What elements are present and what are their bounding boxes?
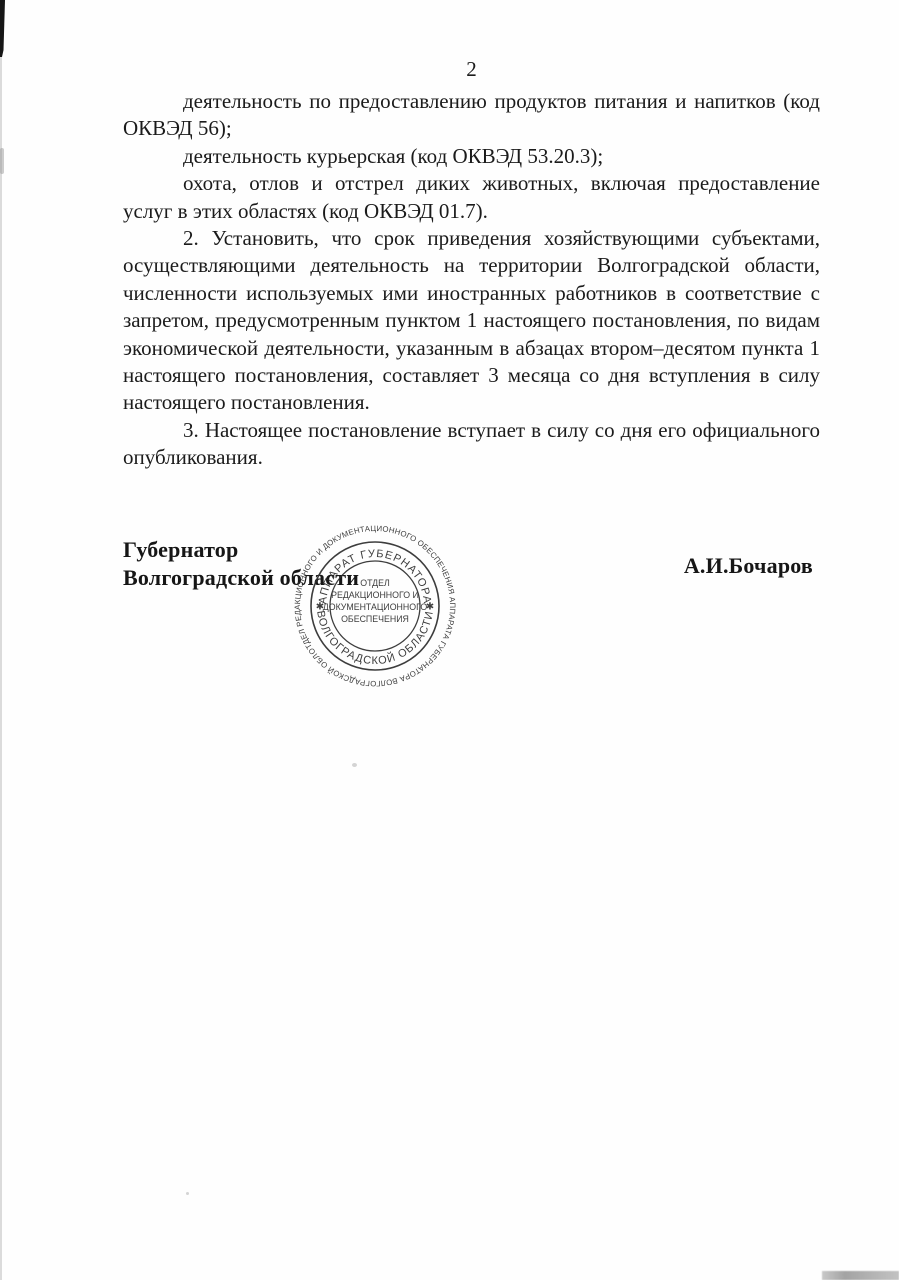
signature-name: А.И.Бочаров	[684, 552, 813, 580]
page-number: 2	[123, 57, 820, 82]
stamp-center-line2: РЕДАКЦИОННОГО И	[331, 590, 419, 600]
scan-speck	[186, 1192, 189, 1195]
scan-edge-mark	[0, 148, 4, 174]
official-stamp: ОТДЕЛ РЕДАКЦИОННОГО И ДОКУМЕНТАЦИОННОГО …	[280, 511, 470, 701]
stamp-center-line1: ОТДЕЛ	[360, 578, 390, 588]
paragraph-okved-food: деятельность по предоставлению продуктов…	[123, 88, 820, 143]
paragraph-okved-hunting: охота, отлов и отстрел диких животных, в…	[123, 170, 820, 225]
scan-edge-artifact-top-left	[0, 0, 5, 57]
stamp-center-line3: ДОКУМЕНТАЦИОННОГО	[323, 602, 428, 612]
document-page: 2 деятельность по предоставлению продукт…	[0, 0, 899, 1280]
paragraph-point-2: 2. Установить, что срок приведения хозяй…	[123, 225, 820, 417]
scan-artifact-bottom-right	[822, 1271, 899, 1280]
stamp-center-line4: ОБЕСПЕЧЕНИЯ	[341, 614, 409, 624]
paragraph-okved-courier: деятельность курьерская (код ОКВЭД 53.20…	[123, 143, 820, 170]
scan-speck	[352, 763, 357, 767]
document-body: деятельность по предоставлению продуктов…	[123, 88, 820, 472]
scan-edge-line	[0, 0, 2, 1280]
paragraph-point-3: 3. Настоящее постановление вступает в си…	[123, 417, 820, 472]
